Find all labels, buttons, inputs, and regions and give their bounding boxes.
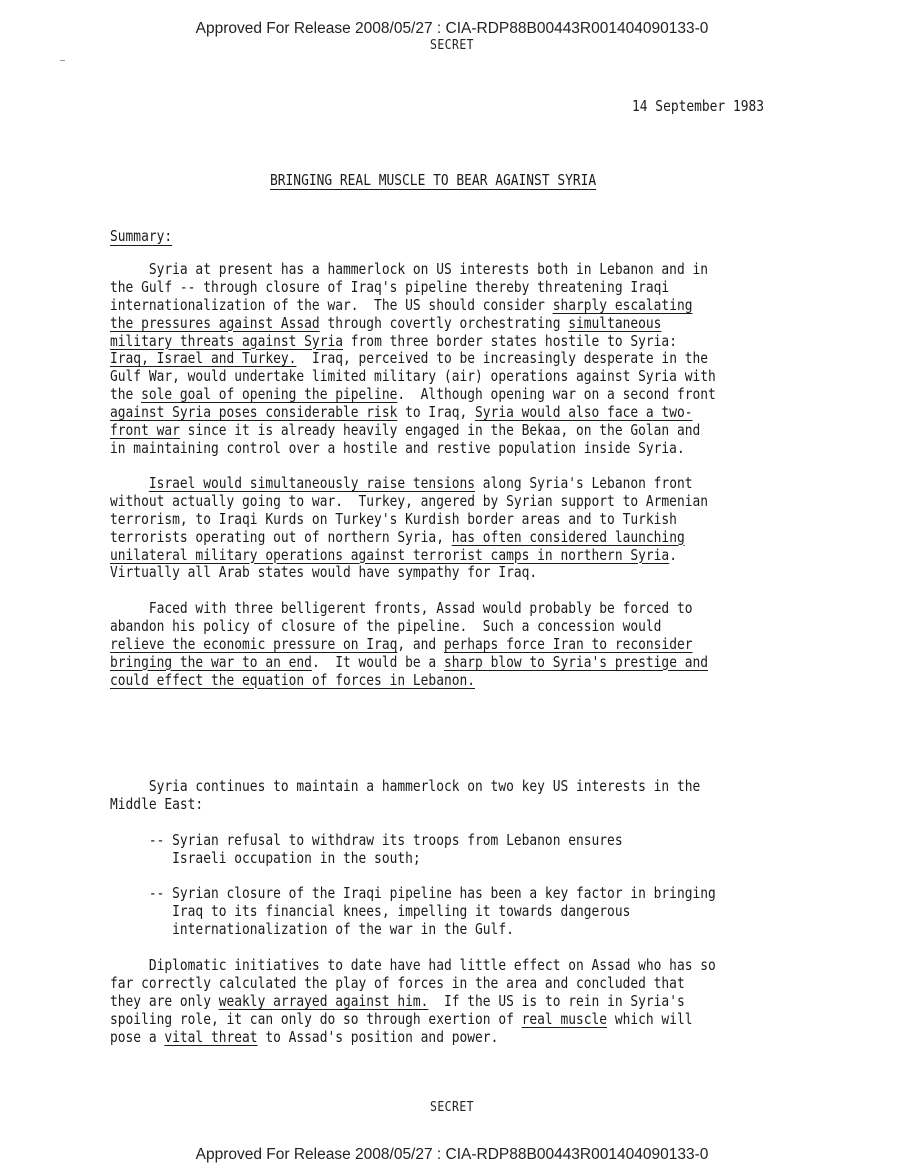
underlined-emphasis: could effect the equation of forces in L… [110,671,475,689]
paragraph-summary: Syria at present has a hammerlock on US … [110,261,807,458]
document-date: 14 September 1983 [632,97,764,115]
text-segment: Faced with three belligerent fronts, Ass… [110,599,692,617]
text-segment: Diplomatic initiatives to date have had … [110,956,716,974]
text-line: pose a vital threat to Assad's position … [110,1029,807,1047]
text-line: -- Syrian refusal to withdraw its troops… [110,832,807,850]
text-segment: . [669,546,677,564]
text-line: Gulf War, would undertake limited milita… [110,368,807,386]
text-line: Virtually all Arab states would have sym… [110,564,807,582]
text-line: terrorism, to Iraqi Kurds on Turkey's Ku… [110,511,807,529]
text-line: Faced with three belligerent fronts, Ass… [110,600,807,618]
text-line: Iraq to its financial knees, impelling i… [110,903,807,921]
paragraph-israel-turkey: Israel would simultaneously raise tensio… [110,475,807,582]
text-line: Israel would simultaneously raise tensio… [110,475,807,493]
text-line: terrorists operating out of northern Syr… [110,529,807,547]
text-line: the sole goal of opening the pipeline. A… [110,386,807,404]
underlined-emphasis: sole goal of opening the pipeline [141,385,397,403]
text-segment: Iraq, perceived to be increasingly despe… [296,349,708,367]
text-segment: along Syria's Lebanon front [475,474,692,492]
underlined-emphasis: perhaps force Iran to reconsider [444,635,693,653]
text-line: Israeli occupation in the south; [110,850,807,868]
underlined-emphasis: sharply escalating [553,296,693,314]
text-segment [110,474,149,492]
underlined-emphasis: sharp blow to Syria's prestige and [444,653,708,671]
text-segment: which will [607,1010,692,1028]
release-stamp-bottom: Approved For Release 2008/05/27 : CIA-RD… [0,1146,904,1164]
text-line: internationalization of the war. The US … [110,297,807,315]
text-segment: If the US is to rein in Syria's [428,992,684,1010]
underlined-emphasis: Iraq, Israel and Turkey. [110,349,296,367]
text-line: front war since it is already heavily en… [110,422,807,440]
text-segment: -- Syrian refusal to withdraw its troops… [110,831,623,849]
text-segment: without actually going to war. Turkey, a… [110,492,708,510]
text-segment: Syria at present has a hammerlock on US … [110,260,708,278]
underlined-emphasis: real muscle [522,1010,607,1028]
underlined-emphasis: the pressures against Assad [110,314,320,332]
scan-mark [60,60,65,61]
text-line: far correctly calculated the play of for… [110,975,807,993]
text-segment: , and [397,635,444,653]
text-line: the Gulf -- through closure of Iraq's pi… [110,279,807,297]
text-line: without actually going to war. Turkey, a… [110,493,807,511]
text-segment: internationalization of the war. The US … [110,296,553,314]
text-line: the pressures against Assad through cove… [110,315,807,333]
text-segment: to Assad's position and power. [258,1028,499,1046]
text-segment: in maintaining control over a hostile an… [110,439,685,457]
text-line: against Syria poses considerable risk to… [110,404,807,422]
text-line: spoiling role, it can only do so through… [110,1011,807,1029]
bullet-pipeline: -- Syrian closure of the Iraqi pipeline … [110,885,807,939]
underlined-emphasis: Israel would simultaneously raise tensio… [149,474,475,492]
text-line: abandon his policy of closure of the pip… [110,618,807,636]
paragraph-hammerlock: Syria continues to maintain a hammerlock… [110,778,807,814]
text-line: relieve the economic pressure on Iraq, a… [110,636,807,654]
text-line: could effect the equation of forces in L… [110,672,807,690]
classification-bottom: SECRET [68,1099,836,1115]
text-line: Diplomatic initiatives to date have had … [110,957,807,975]
text-line: Middle East: [110,796,807,814]
underlined-emphasis: front war [110,421,180,439]
text-segment: since it is already heavily engaged in t… [180,421,700,439]
text-segment: far correctly calculated the play of for… [110,974,685,992]
text-segment: abandon his policy of closure of the pip… [110,617,661,635]
text-line: they are only weakly arrayed against him… [110,993,807,1011]
text-segment: spoiling role, it can only do so through… [110,1010,522,1028]
text-segment: terrorists operating out of northern Syr… [110,528,452,546]
text-segment: the Gulf -- through closure of Iraq's pi… [110,278,669,296]
underlined-emphasis: Syria would also face a two- [475,403,692,421]
underlined-emphasis: unilateral military operations against t… [110,546,669,564]
text-segment: Virtually all Arab states would have sym… [110,563,537,581]
paragraph-diplomatic: Diplomatic initiatives to date have had … [110,957,807,1046]
text-segment: internationalization of the war in the G… [110,920,514,938]
paragraph-three-fronts: Faced with three belligerent fronts, Ass… [110,600,807,689]
underlined-emphasis: weakly arrayed against him. [219,992,429,1010]
release-stamp-top: Approved For Release 2008/05/27 : CIA-RD… [0,20,904,38]
text-segment: . Although opening war on a second front [397,385,715,403]
summary-heading: Summary: [110,227,172,245]
text-line: unilateral military operations against t… [110,547,807,565]
text-segment: from three border states hostile to Syri… [343,332,677,350]
text-line: Syria continues to maintain a hammerlock… [110,778,807,796]
text-segment: . It would be a [312,653,444,671]
underlined-emphasis: simultaneous [568,314,661,332]
text-segment: they are only [110,992,219,1010]
text-segment: -- Syrian closure of the Iraqi pipeline … [110,884,716,902]
text-segment: Israeli occupation in the south; [110,849,421,867]
underlined-emphasis: relieve the economic pressure on Iraq [110,635,397,653]
text-segment: Gulf War, would undertake limited milita… [110,367,716,385]
text-line: in maintaining control over a hostile an… [110,440,807,458]
text-line: -- Syrian closure of the Iraqi pipeline … [110,885,807,903]
underlined-emphasis: has often considered launching [452,528,685,546]
text-line: Syria at present has a hammerlock on US … [110,261,807,279]
text-segment: Iraq to its financial knees, impelling i… [110,902,630,920]
underlined-emphasis: bringing the war to an end [110,653,312,671]
text-segment: to Iraq, [397,403,475,421]
text-segment: terrorism, to Iraqi Kurds on Turkey's Ku… [110,510,677,528]
text-line: internationalization of the war in the G… [110,921,807,939]
text-line: military threats against Syria from thre… [110,333,807,351]
bullet-lebanon: -- Syrian refusal to withdraw its troops… [110,832,807,868]
document-title: BRINGING REAL MUSCLE TO BEAR AGAINST SYR… [270,171,596,189]
text-segment: pose a [110,1028,164,1046]
underlined-emphasis: vital threat [164,1028,257,1046]
underlined-emphasis: against Syria poses considerable risk [110,403,397,421]
classification-top: SECRET [68,37,836,53]
text-segment: the [110,385,141,403]
text-segment: Syria continues to maintain a hammerlock… [110,777,700,795]
text-segment: Middle East: [110,795,203,813]
text-line: Iraq, Israel and Turkey. Iraq, perceived… [110,350,807,368]
underlined-emphasis: military threats against Syria [110,332,343,350]
text-line: bringing the war to an end. It would be … [110,654,807,672]
text-segment: through covertly orchestrating [320,314,569,332]
